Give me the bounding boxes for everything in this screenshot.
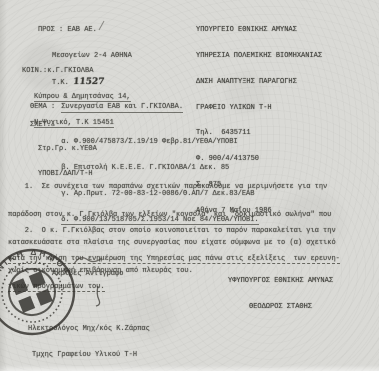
agency-directorate: ΔΝΣΗ ΑΝΑΠΤΥΞΗΣ ΠΑΡΑΓΩΓΗΣ	[196, 78, 322, 87]
signatory-name: ΘΕΟΔΩΡΟΣ ΣΤΑΘΗΣ	[228, 303, 333, 312]
pen-scribble-marks	[70, 250, 150, 310]
koin-header: ΚΟΙΝ.:κ.Γ.ΓΚΙΟΛΒΑ	[22, 67, 131, 76]
subject-label: ΘΕΜΑ :	[30, 103, 55, 113]
koin-address-street: Κύπρου & Δημητσάνας 14,	[22, 93, 131, 102]
scanned-document-page: ΠΡΟΣ : ΕΑΒ ΑΕ. Μεσογείων 2-4 ΑΘΗΝΑ Τ.Κ. …	[0, 0, 379, 371]
agency-office: ΓΡΑΦΕΙΟ ΥΛΙΚΩΝ Τ-Η	[196, 104, 322, 113]
subject-row: ΘΕΜΑ : Συνεργασία ΕΑΒ και Γ.ΓΚΙΟΛΒΑ.	[30, 103, 183, 113]
pen-tick-mark	[96, 18, 116, 34]
signatory-title: ΥΦΥΠΟΥΡΓΟΣ ΕΘΝΙΚΗΣ ΑΜΥΝΑΣ	[228, 277, 333, 286]
reference-item-a: α. Φ.900/475873/Σ.19/19 Φεβρ.81/ΥΕΘΑ/ΥΠΟ…	[61, 138, 258, 147]
subject-text: Συνεργασία ΕΑΒ και Γ.ΓΚΙΟΛΒΑ.	[61, 103, 183, 113]
agency-service: ΥΠΗΡΕΣΙΑ ΠΟΛΕΜΙΚΗΣ ΒΙΟΜΗΧΑΝΙΑΣ	[196, 52, 322, 61]
recipient-line: ΠΡΟΣ : ΕΑΒ ΑΕ.	[38, 26, 132, 35]
agency-ministry: ΥΠΟΥΡΓΕΙΟ ΕΘΝΙΚΗΣ ΑΜΥΝΑΣ	[196, 26, 322, 35]
paragraph-1-line: 1. Σε συνέχεια των παραπάνω σχετικών παρ…	[8, 183, 336, 192]
signature-block: ΥΦΥΠΟΥΡΓΟΣ ΕΘΝΙΚΗΣ ΑΜΥΝΑΣ ΘΕΟΔΩΡΟΣ ΣΤΑΘΗ…	[228, 260, 333, 329]
officer-role: Τμχης Γραφείου Υλικού Τ-Η	[28, 351, 150, 360]
koin-street-text: Κύπρου & Δημητσάνας 14,	[34, 93, 131, 102]
cross-emblem	[11, 271, 53, 313]
